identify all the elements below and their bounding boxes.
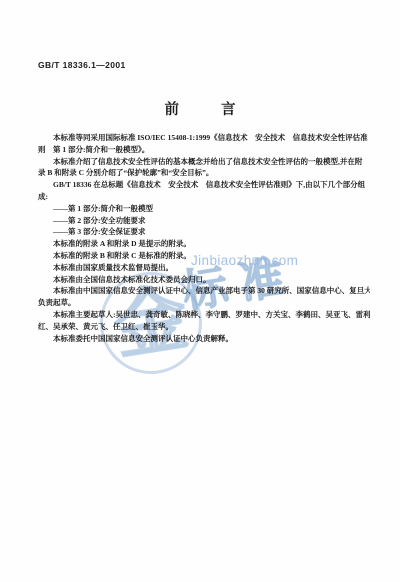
- body-line: 本标准介绍了信息技术安全性评估的基本概念并给出了信息技术安全性评估的一般模型,并…: [38, 156, 370, 168]
- body-line: 本标准等同采用国际标准 ISO/IEC 15408-1:1999《信息技术 安全…: [38, 132, 370, 144]
- body-line: 本标准由国家质量技术监督局提出。: [38, 262, 370, 274]
- body-line: ——第 3 部分:安全保证要求: [38, 226, 370, 238]
- foreword-body: 本标准等同采用国际标准 ISO/IEC 15408-1:1999《信息技术 安全…: [38, 132, 370, 344]
- body-line: 本标准的附录 B 和附录 C 是标准的附录。: [38, 250, 370, 262]
- body-line: 本标准主要起草人:吴世忠、龚奇敏、陈晓桦、李守鹏、罗建中、方关宝、李鹤田、吴亚飞…: [38, 309, 370, 321]
- body-line: 红、吴承荣、黄元飞、任卫红、崔玉华。: [38, 321, 370, 333]
- body-line: ——第 2 部分:安全功能要求: [38, 215, 370, 227]
- body-line: GB/T 18336 在总标题《信息技术 安全技术 信息技术安全性评估准则》下,…: [38, 179, 370, 191]
- document-page: GB/T 18336.1—2001 前言 金 标准 Jinbiaozhun.co…: [0, 0, 400, 582]
- body-line: 本标准的附录 A 和附录 D 是提示的附录。: [38, 238, 370, 250]
- standard-number: GB/T 18336.1—2001: [38, 60, 126, 70]
- body-line: 成:: [38, 191, 370, 203]
- body-line: ——第 1 部分:简介和一般模型: [38, 203, 370, 215]
- body-line: 负责起草。: [38, 297, 370, 309]
- page-title: 前言: [0, 98, 400, 119]
- body-line: 则 第 1 部分:简介和一般模型》。: [38, 144, 370, 156]
- body-line: 本标准由中国国家信息安全测评认证中心、信息产业部电子第 30 研究所、国家信息中…: [38, 285, 370, 297]
- body-line: 本标准委托中国国家信息安全测评认证中心负责解释。: [38, 333, 370, 345]
- body-line: 录 B 和附录 C 分别介绍了“保护轮廓”和“安全目标”。: [38, 167, 370, 179]
- body-line: 本标准由全国信息技术标准化技术委员会归口。: [38, 274, 370, 286]
